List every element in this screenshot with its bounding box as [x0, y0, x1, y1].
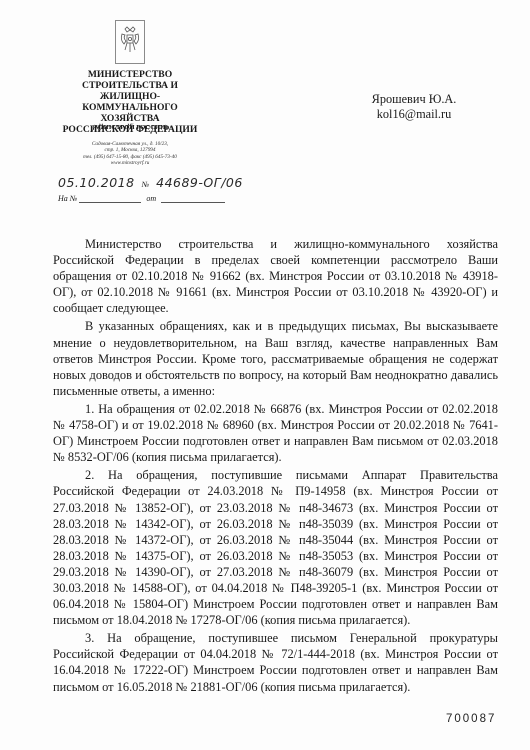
- reference-line: На № от: [58, 194, 225, 203]
- body-paragraph: 2. На обращения, поступившие письмами Ап…: [53, 467, 498, 628]
- body-paragraph: В указанных обращениях, как и в предыдущ…: [53, 318, 498, 398]
- ministry-line: СТРОИТЕЛЬСТВА И ЖИЛИЩНО-: [55, 80, 205, 102]
- addressee-block: Ярошевич Ю.А. kol16@mail.ru: [354, 92, 474, 122]
- address-line: www.minstroyrf.ru: [62, 160, 198, 166]
- number-sign: №: [142, 180, 150, 189]
- addressee-name: Ярошевич Ю.А.: [354, 92, 474, 107]
- letter-body: Министерство строительства и жилищно-ком…: [53, 236, 498, 697]
- ministry-line: МИНИСТЕРСТВО: [55, 69, 205, 80]
- coat-of-arms-icon: [115, 20, 145, 64]
- reference-label-ot: от: [146, 194, 156, 203]
- registration-number: 44689-ОГ/06: [156, 175, 243, 190]
- addressee-email: kol16@mail.ru: [354, 107, 474, 122]
- reference-date-blank: [161, 201, 225, 203]
- ministry-short-name: (МИНСТРОЙ РОССИИ): [55, 124, 205, 131]
- reference-label-na: На №: [58, 194, 77, 203]
- body-paragraph: 3. На обращение, поступившее письмом Ген…: [53, 630, 498, 694]
- registration-date: 05.10.2018: [58, 175, 135, 190]
- document-code: 700087: [446, 713, 496, 725]
- letter-page: МИНИСТЕРСТВО СТРОИТЕЛЬСТВА И ЖИЛИЩНО- КО…: [0, 0, 530, 750]
- ministry-address: Садовая-Самотечная ул., д. 10/23, стр. 1…: [62, 141, 198, 167]
- body-paragraph: 1. На обращения от 02.02.2018 № 66876 (в…: [53, 401, 498, 465]
- ministry-line: КОММУНАЛЬНОГО ХОЗЯЙСТВА: [55, 102, 205, 124]
- body-paragraph: Министерство строительства и жилищно-ком…: [53, 236, 498, 316]
- reference-number-blank: [79, 201, 141, 203]
- registration-line: 05.10.2018 № 44689-ОГ/06: [58, 175, 243, 191]
